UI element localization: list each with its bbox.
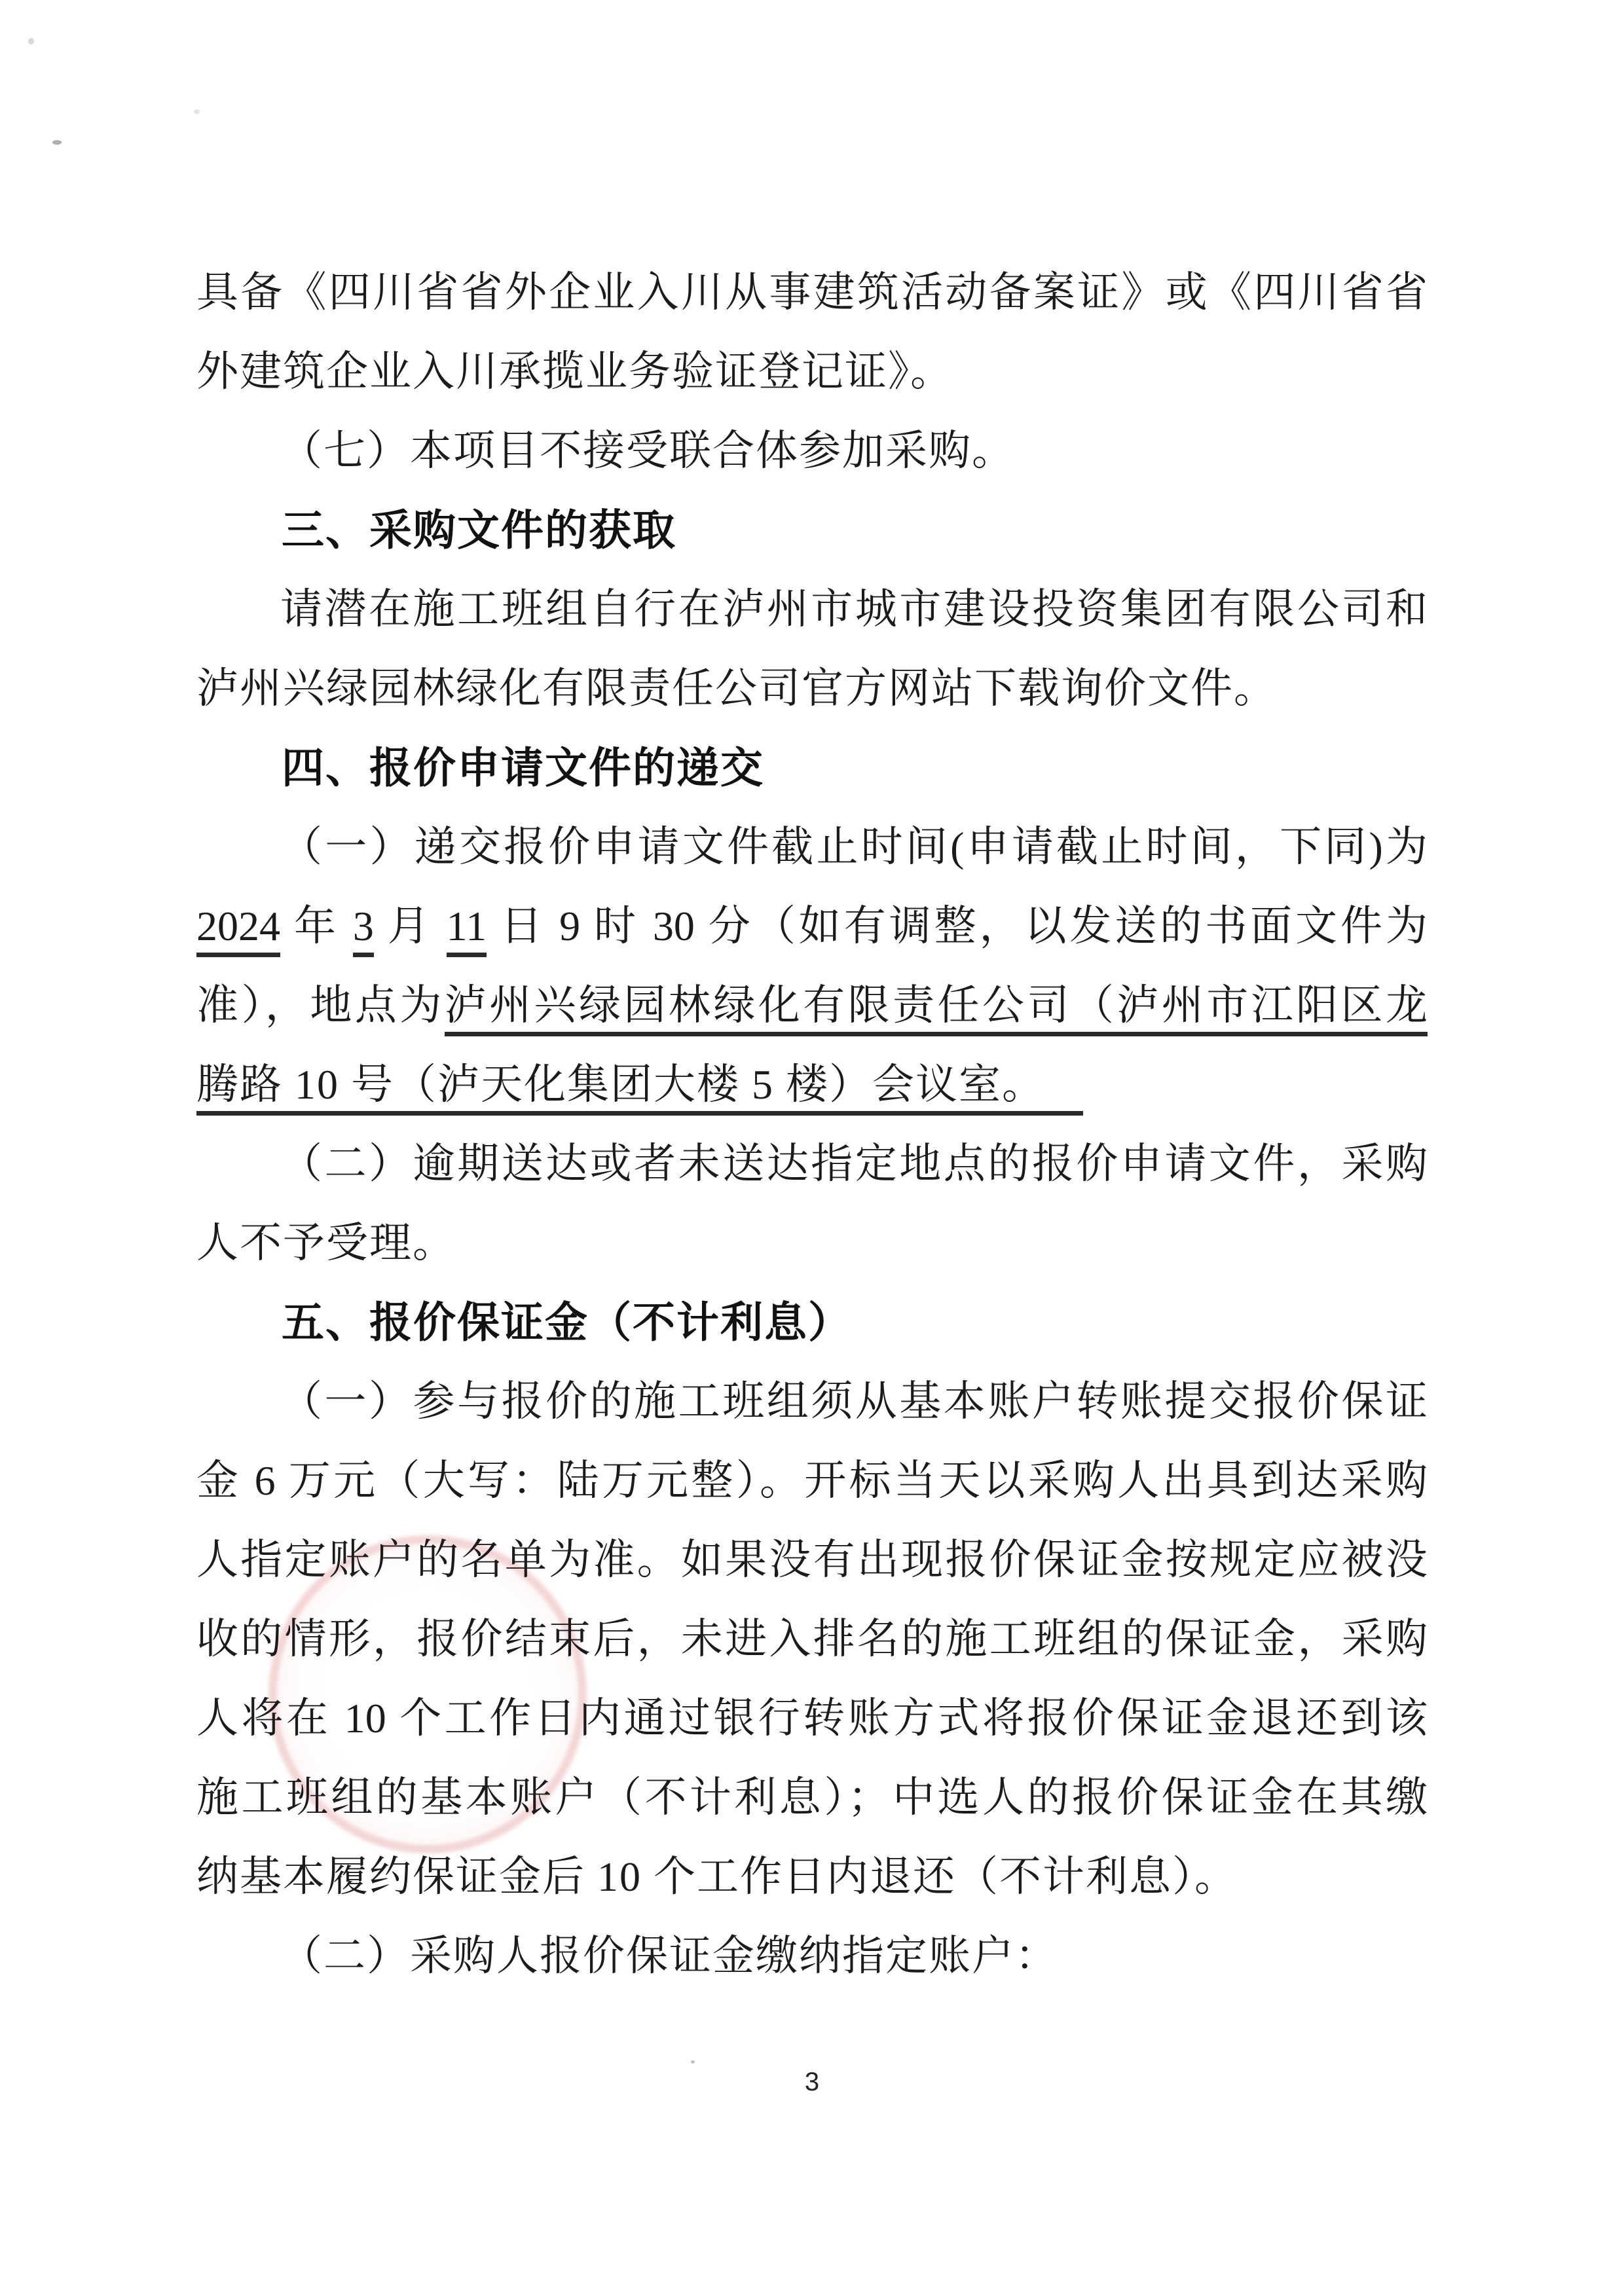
text-segment: 年	[280, 903, 353, 949]
text-line: （二）逾期送达或者未送达指定地点的报价申请文件，采购	[196, 1124, 1428, 1203]
underlined-text: 腾路 10 号（泸天化集团大楼 5 楼）会议室。	[196, 1061, 1083, 1116]
text-segment: 人指定账户的名单为准。如果没有出现报价保证金按规定应被没	[196, 1537, 1428, 1583]
text-segment: 金 6 万元（大写：陆万元整）。开标当天以采购人出具到达采购	[196, 1457, 1428, 1504]
text-segment: 具备《四川省省外企业入川从事建筑活动备案证》或《四川省省	[196, 269, 1428, 316]
text-segment: 准），地点为	[196, 982, 445, 1029]
text-line: （七）本项目不接受联合体参加采购。	[196, 411, 1428, 490]
text-line: 人将在 10 个工作日内通过银行转账方式将报价保证金退还到该	[196, 1679, 1428, 1758]
text-line: 泸州兴绿园林绿化有限责任公司官方网站下载询价文件。	[196, 649, 1428, 728]
underlined-text: 3	[353, 903, 374, 957]
text-segment: 五、报价保证金（不计利息）	[282, 1298, 852, 1346]
text-line: 外建筑企业入川承揽业务验证登记证》。	[196, 332, 1428, 411]
text-segment: 收的情形，报价结束后，未进入排名的施工班组的保证金，采购	[196, 1616, 1428, 1662]
scan-speck	[52, 140, 62, 145]
text-line: 准），地点为泸州兴绿园林绿化有限责任公司（泸州市江阳区龙	[196, 966, 1428, 1045]
text-segment: （七）本项目不接受联合体参加采购。	[280, 428, 1015, 474]
section-heading: 三、采购文件的获取	[196, 490, 1428, 570]
text-segment: 人将在 10 个工作日内通过银行转账方式将报价保证金退还到该	[196, 1695, 1428, 1741]
text-line: 人指定账户的名单为准。如果没有出现报价保证金按规定应被没	[196, 1520, 1428, 1599]
page-number: 3	[0, 2068, 1624, 2097]
text-segment: （一）参与报价的施工班组须从基本账户转账提交报价保证	[280, 1378, 1428, 1425]
text-segment: 请潜在施工班组自行在泸州市城市建设投资集团有限公司和	[280, 586, 1428, 632]
text-line: （一）递交报价申请文件截止时间(申请截止时间，下同)为	[196, 807, 1428, 886]
text-segment: 四、报价申请文件的递交	[282, 744, 764, 792]
text-segment: 外建筑企业入川承揽业务验证登记证》。	[196, 348, 953, 395]
underlined-text: 泸州兴绿园林绿化有限责任公司（泸州市江阳区龙	[445, 982, 1428, 1036]
text-line: 金 6 万元（大写：陆万元整）。开标当天以采购人出具到达采购	[196, 1441, 1428, 1520]
scanned-document-page: { "page": { "number": "3" }, "stamp": { …	[0, 0, 1624, 2296]
text-line: （一）参与报价的施工班组须从基本账户转账提交报价保证	[196, 1362, 1428, 1441]
text-line: （二）采购人报价保证金缴纳指定账户：	[196, 1916, 1428, 1995]
text-segment: 施工班组的基本账户（不计利息）；中选人的报价保证金在其缴	[196, 1774, 1428, 1821]
section-heading: 五、报价保证金（不计利息）	[196, 1283, 1428, 1362]
text-line: 2024 年 3 月 11 日 9 时 30 分（如有调整，以发送的书面文件为	[196, 886, 1428, 966]
text-segment: 三、采购文件的获取	[282, 506, 676, 554]
text-line: 腾路 10 号（泸天化集团大楼 5 楼）会议室。	[196, 1045, 1428, 1124]
text-segment: （一）递交报价申请文件截止时间(申请截止时间，下同)为	[280, 824, 1428, 870]
text-line: 收的情形，报价结束后，未进入排名的施工班组的保证金，采购	[196, 1599, 1428, 1679]
text-segment: （二）采购人报价保证金缴纳指定账户：	[280, 1933, 1058, 1979]
text-line: 请潜在施工班组自行在泸州市城市建设投资集团有限公司和	[196, 570, 1428, 649]
text-segment: 纳基本履约保证金后 10 个工作日内退还（不计利息）。	[196, 1853, 1238, 1900]
text-line: 施工班组的基本账户（不计利息）；中选人的报价保证金在其缴	[196, 1758, 1428, 1837]
scan-speck	[691, 2060, 695, 2064]
text-line: 纳基本履约保证金后 10 个工作日内退还（不计利息）。	[196, 1837, 1428, 1916]
text-segment: （二）逾期送达或者未送达指定地点的报价申请文件，采购	[280, 1140, 1428, 1187]
text-segment: 日 9 时 30 分（如有调整，以发送的书面文件为	[487, 903, 1428, 949]
text-line: 人不予受理。	[196, 1203, 1428, 1283]
underlined-text: 2024	[196, 903, 280, 957]
text-segment: 泸州兴绿园林绿化有限责任公司官方网站下载询价文件。	[196, 665, 1277, 712]
scan-speck	[194, 109, 200, 114]
document-body: 具备《四川省省外企业入川从事建筑活动备案证》或《四川省省外建筑企业入川承揽业务验…	[196, 253, 1428, 1995]
text-segment: 人不予受理。	[196, 1220, 456, 1266]
underlined-text: 11	[447, 903, 487, 957]
section-heading: 四、报价申请文件的递交	[196, 728, 1428, 807]
scan-speck	[28, 38, 34, 45]
text-line: 具备《四川省省外企业入川从事建筑活动备案证》或《四川省省	[196, 253, 1428, 332]
text-segment: 月	[374, 903, 447, 949]
